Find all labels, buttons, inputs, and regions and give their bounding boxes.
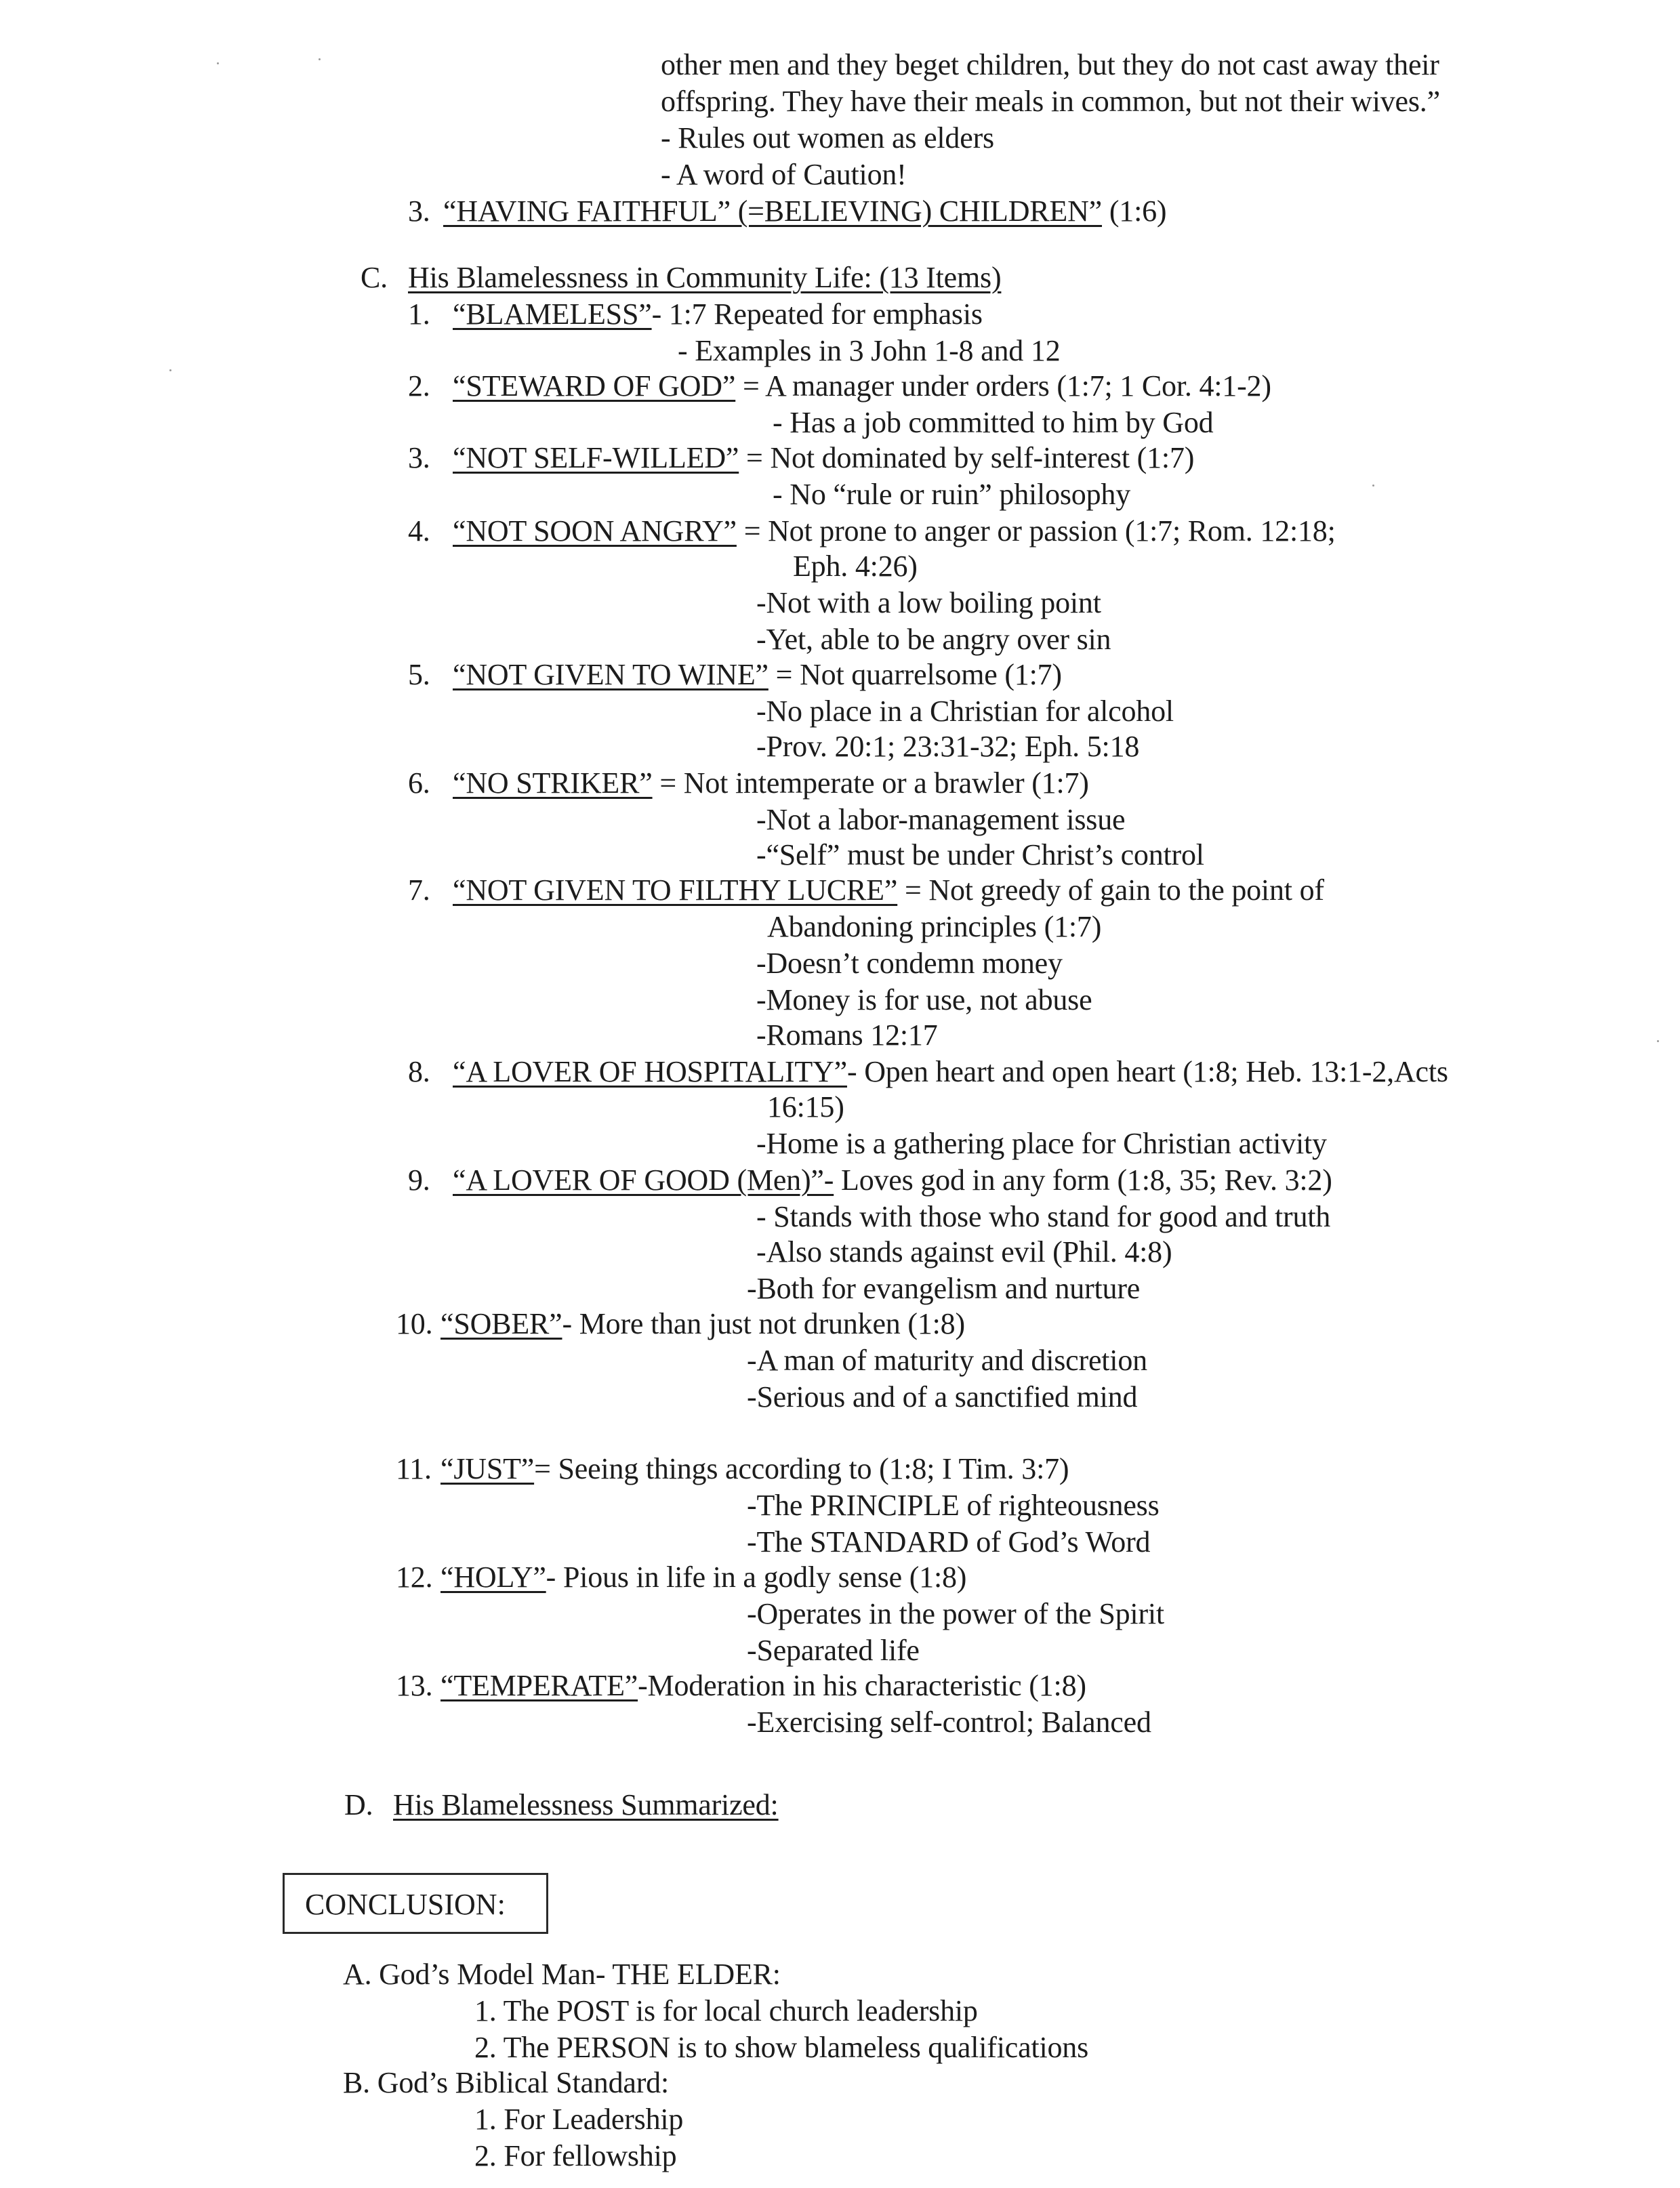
list-item: 2.“STEWARD OF GOD” = A manager under ord… — [408, 369, 1271, 404]
section-c-heading: C.His Blamelessness in Community Life: (… — [361, 260, 1001, 295]
item-note: -“Self” must be under Christ’s control — [756, 838, 1204, 873]
item-note: -The PRINCIPLE of righteousness — [747, 1488, 1160, 1523]
item-number: 11. — [396, 1451, 441, 1487]
item-number: 12. — [396, 1560, 441, 1595]
list-item: 11.“JUST”= Seeing things according to (1… — [396, 1451, 1069, 1487]
item-sep — [834, 1163, 841, 1197]
item-number: 8. — [408, 1054, 453, 1090]
item-note: -Operates in the power of the Spirit — [747, 1596, 1164, 1632]
item-term: “BLAMELESS” — [453, 297, 652, 331]
item-sep: - — [546, 1561, 563, 1594]
conclusion-heading: CONCLUSION: — [305, 1887, 506, 1922]
item-sep: = — [739, 441, 770, 474]
item-sep: - — [562, 1307, 579, 1340]
item-number: 9. — [408, 1163, 453, 1198]
item-definition: Not prone to anger or passion (1:7; Rom.… — [768, 514, 1336, 548]
list-item: 8.“A LOVER OF HOSPITALITY”- Open heart a… — [408, 1054, 1448, 1090]
item-note: -Exercising self-control; Balanced — [747, 1705, 1151, 1740]
item-number: 6. — [408, 766, 453, 801]
item-term: “NO STRIKER” — [453, 766, 653, 800]
item-number: 4. — [408, 514, 453, 549]
item-term: “A LOVER OF HOSPITALITY” — [453, 1055, 847, 1088]
scan-speck — [319, 58, 321, 60]
item-definition: Not greedy of gain to the point of — [928, 873, 1324, 907]
conclusion-b-label: B. God’s Biblical Standard: — [343, 2065, 669, 2101]
bullet-note: - Rules out women as elders — [661, 121, 994, 156]
quote-line: offspring. They have their meals in comm… — [661, 84, 1440, 119]
item-number: 2. — [408, 369, 453, 404]
list-item: 5.“NOT GIVEN TO WINE” = Not quarrelsome … — [408, 657, 1062, 693]
conclusion-b-item: 2. For fellowship — [474, 2139, 676, 2174]
item-note: - Examples in 3 John 1-8 and 12 — [678, 333, 1061, 369]
item-sep: - — [847, 1055, 864, 1088]
item-number: 3. — [408, 440, 453, 476]
item-note: -Not a labor-management issue — [756, 802, 1125, 838]
item-number: 5. — [408, 657, 453, 693]
list-item: 13.“TEMPERATE”-Moderation in his charact… — [396, 1668, 1086, 1704]
item-number: 1. — [408, 297, 453, 332]
item-note: -Doesn’t condemn money — [756, 946, 1063, 981]
bullet-note: - A word of Caution! — [661, 157, 907, 192]
list-item: 10.“SOBER”- More than just not drunken (… — [396, 1306, 965, 1342]
list-item: 3.“NOT SELF-WILLED” = Not dominated by s… — [408, 440, 1194, 476]
item-definition: 1:7 Repeated for emphasis — [669, 297, 983, 331]
item-definition: Pious in life in a godly sense (1:8) — [563, 1561, 966, 1594]
item-note: -Not with a low boiling point — [756, 585, 1101, 621]
scan-speck — [169, 369, 171, 371]
list-item: 4.“NOT SOON ANGRY” = Not prone to anger … — [408, 514, 1336, 549]
item-term: “JUST” — [441, 1452, 534, 1485]
scan-speck — [217, 62, 219, 64]
item-definition: Moderation in his characteristic (1:8) — [648, 1669, 1086, 1702]
conclusion-box: CONCLUSION: — [283, 1873, 548, 1934]
item-number: 13. — [396, 1668, 441, 1704]
item-note: -Romans 12:17 — [756, 1018, 938, 1053]
item-note: -A man of maturity and discretion — [747, 1343, 1147, 1378]
item-sep: = — [735, 369, 765, 402]
item-note: -Yet, able to be angry over sin — [756, 622, 1111, 657]
section-letter: D. — [344, 1788, 393, 1823]
list-item: 12.“HOLY”- Pious in life in a godly sens… — [396, 1560, 966, 1595]
item-continuation: Eph. 4:26) — [793, 549, 918, 584]
scan-speck — [1372, 484, 1374, 487]
conclusion-a-label: A. God’s Model Man- THE ELDER: — [343, 1957, 781, 1992]
item-term: “NOT SELF-WILLED” — [453, 441, 739, 474]
item-definition: A manager under orders (1:7; 1 Cor. 4:1-… — [765, 369, 1271, 402]
item-number: 10. — [396, 1306, 441, 1342]
item-note: -Also stands against evil (Phil. 4:8) — [756, 1235, 1172, 1270]
item-note: -No place in a Christian for alcohol — [756, 694, 1174, 729]
list-item: 1.“BLAMELESS”- 1:7 Repeated for emphasis — [408, 297, 983, 332]
item-term: “NOT GIVEN TO FILTHY LUCRE” — [453, 873, 897, 907]
item-term: “SOBER” — [441, 1307, 562, 1340]
list-item: 7.“NOT GIVEN TO FILTHY LUCRE” = Not gree… — [408, 873, 1324, 908]
item-note: -Serious and of a sanctified mind — [747, 1380, 1137, 1415]
item-sep: = — [534, 1452, 558, 1485]
item-sep: - — [638, 1669, 647, 1702]
item-sep: - — [652, 297, 669, 331]
item-note: -Separated life — [747, 1633, 920, 1668]
item-definition: Open heart and open heart (1:8; Heb. 13:… — [864, 1055, 1448, 1088]
item-note: - Stands with those who stand for good a… — [756, 1199, 1330, 1235]
item-sep: = — [897, 873, 928, 907]
item-sep: = — [653, 766, 684, 800]
section-title: His Blamelessness Summarized: — [393, 1788, 779, 1821]
item-term: “A LOVER OF GOOD (Men)”- — [453, 1163, 834, 1197]
item-term: “STEWARD OF GOD” — [453, 369, 735, 402]
item-number: 7. — [408, 873, 453, 908]
conclusion-b-item: 1. For Leadership — [474, 2102, 683, 2137]
quote-line: other men and they beget children, but t… — [661, 47, 1439, 83]
scan-speck — [1657, 1040, 1659, 1042]
list-item: 6.“NO STRIKER” = Not intemperate or a br… — [408, 766, 1089, 801]
item-continuation: Abandoning principles (1:7) — [767, 909, 1101, 945]
item-term: “HAVING FAITHFUL” (=BELIEVING) CHILDREN” — [443, 194, 1102, 228]
item-continuation: 16:15) — [767, 1090, 844, 1125]
item-number: 3. — [408, 194, 443, 229]
item-note: - No “rule or ruin” philosophy — [773, 477, 1130, 512]
item-definition: Loves god in any form (1:8, 35; Rev. 3:2… — [841, 1163, 1332, 1197]
item-definition: Seeing things according to (1:8; I Tim. … — [558, 1452, 1069, 1485]
item-term: “TEMPERATE” — [441, 1669, 638, 1702]
item-definition: Not dominated by self-interest (1:7) — [770, 441, 1194, 474]
item-term: “HOLY” — [441, 1561, 546, 1594]
item-sep: = — [737, 514, 768, 548]
item-sep: = — [769, 658, 800, 691]
item-note: -Home is a gathering place for Christian… — [756, 1126, 1327, 1161]
section-letter: C. — [361, 260, 408, 295]
item-b3: 3.“HAVING FAITHFUL” (=BELIEVING) CHILDRE… — [408, 194, 1166, 229]
conclusion-a-item: 1. The POST is for local church leadersh… — [474, 1994, 978, 2029]
item-ref: (1:6) — [1102, 194, 1166, 228]
item-definition: Not quarrelsome (1:7) — [800, 658, 1062, 691]
item-note: - Has a job committed to him by God — [773, 405, 1213, 440]
item-term: “NOT SOON ANGRY” — [453, 514, 737, 548]
item-definition: Not intemperate or a brawler (1:7) — [684, 766, 1089, 800]
list-item: 9.“A LOVER OF GOOD (Men)”- Loves god in … — [408, 1163, 1332, 1198]
item-term: “NOT GIVEN TO WINE” — [453, 658, 769, 691]
item-note: -Both for evangelism and nurture — [747, 1271, 1140, 1306]
section-d-heading: D.His Blamelessness Summarized: — [344, 1788, 779, 1823]
item-note: -Prov. 20:1; 23:31-32; Eph. 5:18 — [756, 729, 1139, 764]
item-note: -The STANDARD of God’s Word — [747, 1525, 1150, 1560]
conclusion-a-item: 2. The PERSON is to show blameless quali… — [474, 2030, 1088, 2065]
section-title: His Blamelessness in Community Life: (13… — [408, 261, 1001, 294]
item-note: -Money is for use, not abuse — [756, 983, 1092, 1018]
item-definition: More than just not drunken (1:8) — [579, 1307, 965, 1340]
